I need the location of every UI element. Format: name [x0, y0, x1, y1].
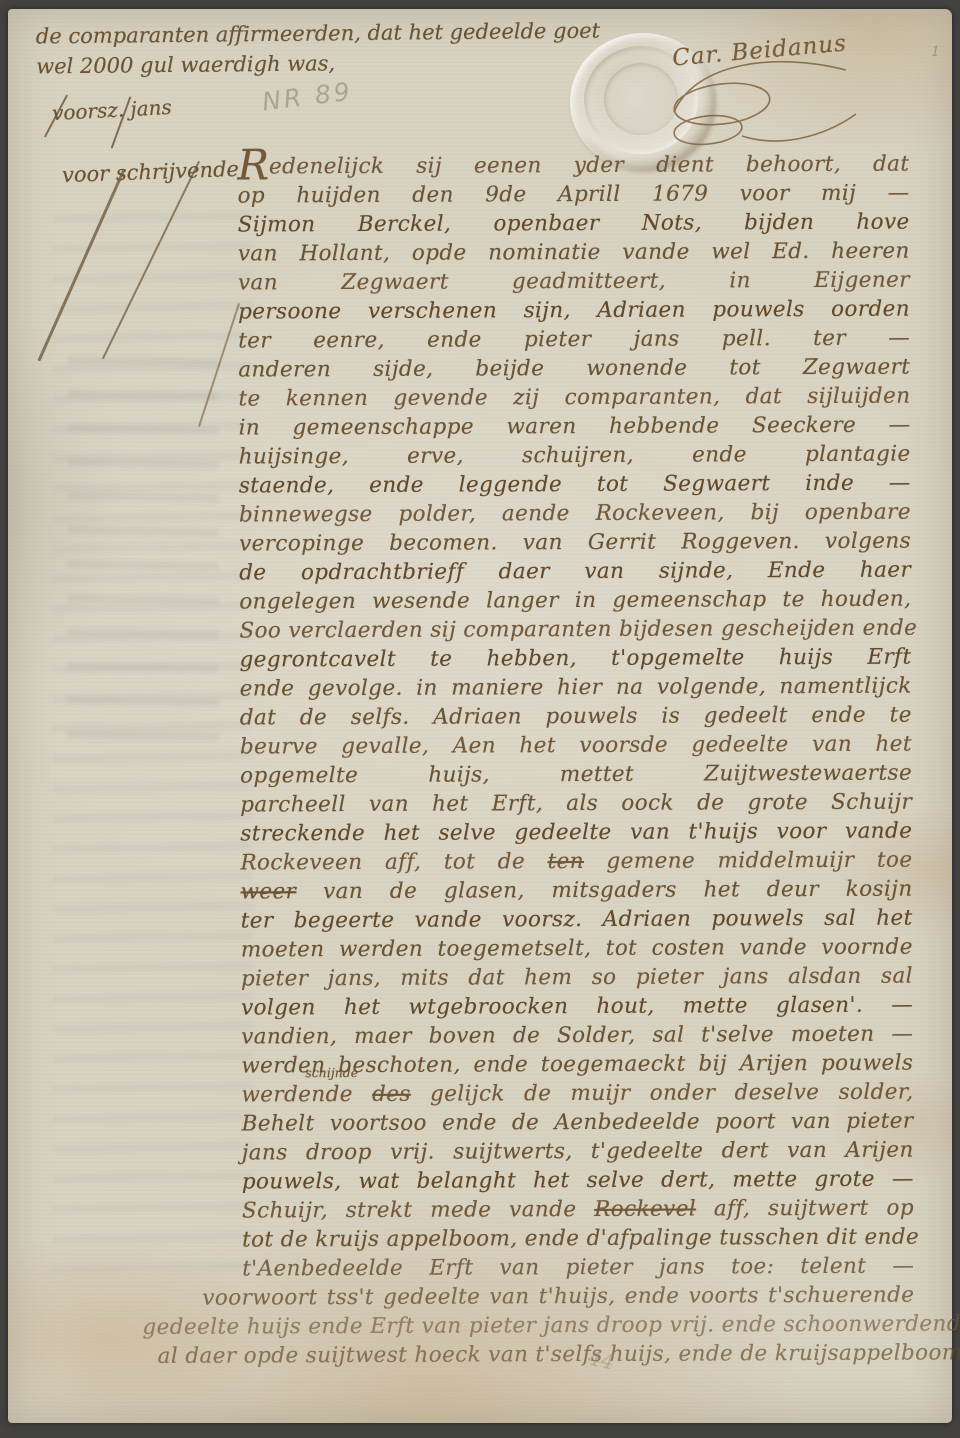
- manuscript-line: pouwels, wat belanght het selve dert, me…: [242, 1165, 914, 1197]
- manuscript-line: tot de kruijs appelboom, ende d'afpaling…: [242, 1223, 914, 1255]
- manuscript-line: ende gevolge. in maniere hier na volgend…: [240, 672, 912, 704]
- manuscript-line-with-strikethrough: Schuijr, strekt mede vande Rockevel aff,…: [242, 1194, 914, 1226]
- manuscript-line: beurve gevalle, Aen het voorsde gedeelte…: [240, 730, 912, 762]
- manuscript-line-with-strikethrough: Rockeveen aff, tot de ten gemene middelm…: [240, 846, 912, 878]
- verso-show-through-2: [68, 339, 218, 759]
- struck-word: des: [372, 1082, 411, 1107]
- manuscript-line: pieter jans, mits dat hem so pieter jans…: [241, 962, 913, 994]
- manuscript-line: binnewegse polder, aende Rockeveen, bij …: [239, 498, 911, 530]
- folio-corner-number: 1: [931, 44, 940, 60]
- manuscript-line: al daer opde suijtwest hoeck van t'selfs…: [158, 1339, 873, 1371]
- manuscript-line: vandien, maer boven de Solder, sal t'sel…: [241, 1020, 913, 1052]
- manuscript-text-block: Redenelijck sij eenen yder dient behoort…: [237, 150, 922, 1371]
- manuscript-line: streckende het selve gedeelte van t'huij…: [240, 817, 912, 849]
- signature-flourish: [656, 52, 886, 162]
- manuscript-line: ter begeerte vande voorsz. Adriaen pouwe…: [241, 904, 913, 936]
- manuscript-line: gegrontcavelt te hebben, t'opgemelte hui…: [239, 643, 911, 675]
- manuscript-line: Soo verclaerden sij comparanten bijdesen…: [239, 614, 911, 646]
- line-text: van de glasen, mitsgaders het deur kosij…: [296, 877, 912, 905]
- scanned-manuscript-screenshot: { "page": { "background_color": "#434240…: [0, 0, 960, 1438]
- manuscript-line: vercopinge becomen. van Gerrit Roggeven.…: [239, 527, 911, 559]
- manuscript-line: t'Aenbedeelde Erft van pieter jans toe: …: [242, 1252, 914, 1284]
- line-text: aff, suijtwert op: [696, 1196, 914, 1222]
- manuscript-line: anderen sijde, beijde wonende tot Zegwae…: [238, 353, 910, 385]
- manuscript-line: opgemelte huijs, mettet Zuijtwestewaerts…: [240, 759, 912, 791]
- manuscript-line: op huijden den 9de Aprill 1679 voor mij …: [237, 179, 909, 211]
- struck-word: Rockevel: [594, 1196, 696, 1221]
- manuscript-line: in gemeenschappe waren hebbende Seeckere…: [238, 411, 910, 443]
- manuscript-line: Behelt voortsoo ende de Aenbedeelde poor…: [242, 1107, 914, 1139]
- struck-word: weer: [241, 879, 297, 904]
- manuscript-line: volgen het wtgebroocken hout, mette glas…: [241, 991, 913, 1023]
- manuscript-line: te kennen gevende zij comparanten, dat s…: [238, 382, 910, 414]
- manuscript-line: dat de selfs. Adriaen pouwels is gedeelt…: [240, 701, 912, 733]
- line-text: gemene middelmuijr toe: [584, 848, 913, 874]
- manuscript-line: persoone verschenen sijn, Adriaen pouwel…: [238, 295, 910, 327]
- manuscript-line-with-strikethrough: weer van de glasen, mitsgaders het deur …: [241, 875, 913, 907]
- manuscript-line: voorwoort tss't gedeelte van t'huijs, en…: [202, 1281, 914, 1313]
- pencil-mark-bottom: 44: [586, 1345, 617, 1374]
- struck-word: ten: [548, 849, 585, 874]
- manuscript-line: staende, ende leggende tot Segwaert inde…: [239, 469, 911, 501]
- manuscript-line: parcheell van het Erft, als oock de grot…: [240, 788, 912, 820]
- manuscript-line: Sijmon Berckel, openbaer Nots, bijden ho…: [238, 208, 910, 240]
- manuscript-line: huijsinge, erve, schuijren, ende plantag…: [239, 440, 911, 472]
- manuscript-line-with-strikethrough: schijndewerdende des gelijck de muijr on…: [241, 1078, 913, 1110]
- manuscript-line: jans droop vrij. suijtwerts, t'gedeelte …: [242, 1136, 914, 1168]
- line-text: Schuijr, strekt mede vande: [242, 1197, 594, 1224]
- manuscript-line: gedeelte huijs ende Erft van pieter jans…: [142, 1310, 884, 1342]
- manuscript-line: moeten werden toegemetselt, tot costen v…: [241, 933, 913, 965]
- manuscript-line: Redenelijck sij eenen yder dient behoort…: [237, 150, 909, 182]
- manuscript-line: ter eenre, ende pieter jans pell. ter —: [238, 324, 910, 356]
- manuscript-line: ongelegen wesende langer in gemeenschap …: [239, 585, 911, 617]
- interlinear-insertion: schijnde: [305, 1067, 358, 1079]
- manuscript-line-text: edenelijck sij eenen yder dient behoort,…: [269, 152, 909, 180]
- header-annotation: de comparanten affirmeerden, dat het ged…: [36, 15, 687, 82]
- manuscript-line: de opdrachtbrieff daer van sijnde, Ende …: [239, 556, 911, 588]
- line-text: Rockeveen aff, tot de: [240, 849, 547, 875]
- line-text: gelijck de muijr onder deselve solder,: [411, 1080, 914, 1107]
- manuscript-line: van Hollant, opde nominatie vande wel Ed…: [238, 237, 910, 269]
- line-text: werdende: [241, 1082, 372, 1108]
- manuscript-line: van Zegwaert geadmitteert, in Eijgener: [238, 266, 910, 298]
